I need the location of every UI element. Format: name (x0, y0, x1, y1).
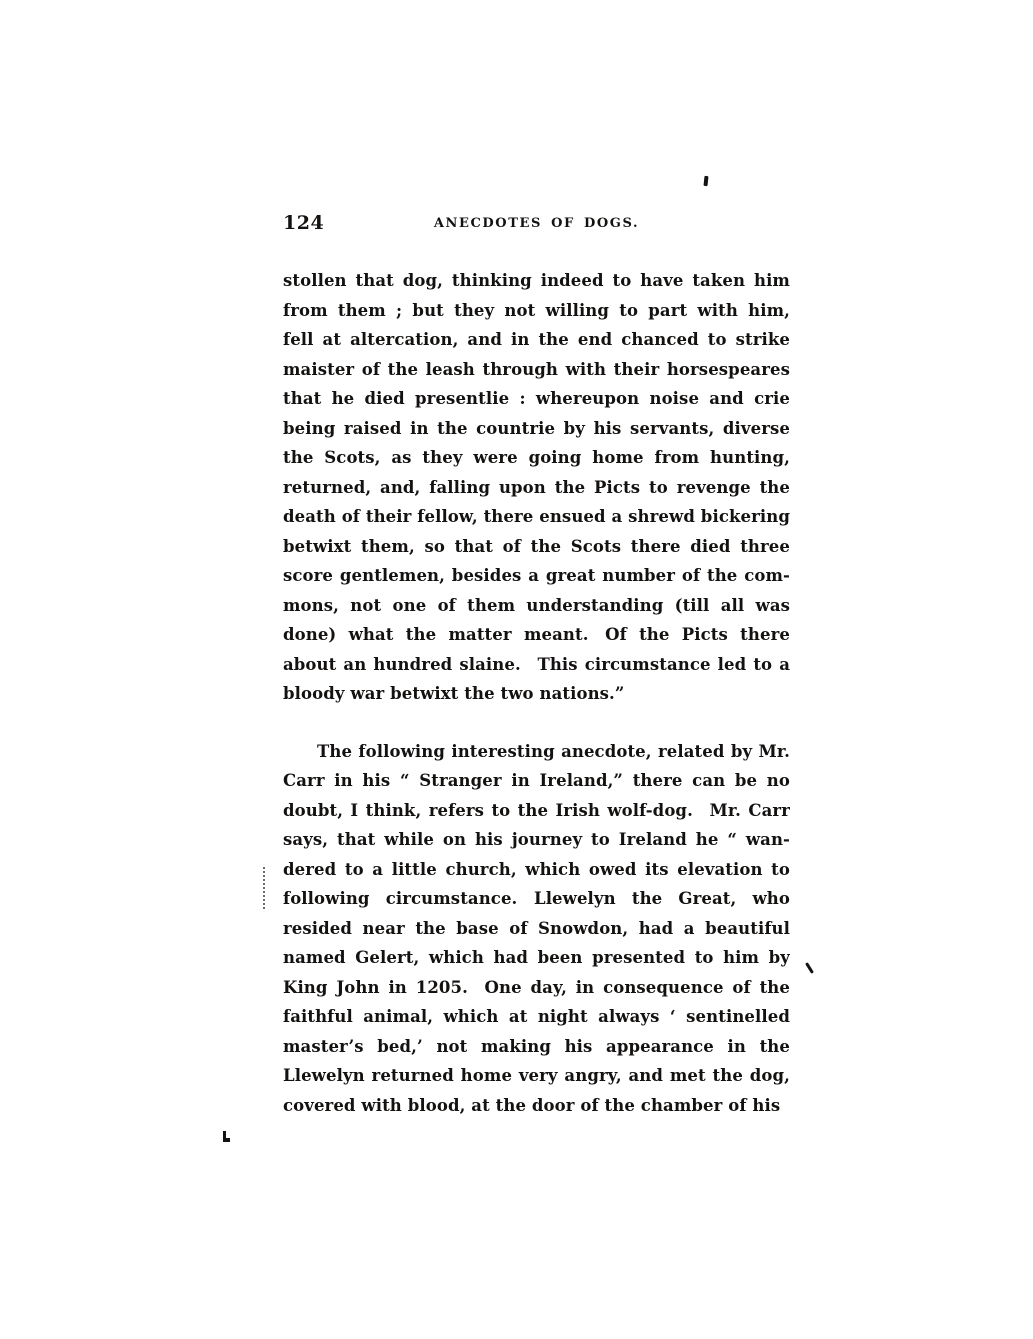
scan-speck-right-margin (805, 962, 814, 974)
text-line: the Scots, as they were going home from … (283, 443, 790, 473)
paragraph-1: stollen that dog, thinking indeed to hav… (283, 266, 790, 709)
text-block: stollen that dog, thinking indeed to hav… (283, 266, 790, 1120)
text-line: covered with blood, at the door of the c… (283, 1091, 790, 1121)
scan-speck-top-right (703, 176, 708, 186)
scan-speck-bottom-left (223, 1131, 230, 1142)
text-line: resided near the base of Snowdon, had a … (283, 914, 790, 944)
text-line: King John in 1205. One day, in consequen… (283, 973, 790, 1003)
paragraph-2: The following interesting anecdote, rela… (283, 737, 790, 1121)
text-line: stollen that dog, thinking indeed to hav… (283, 266, 790, 296)
text-line: Llewelyn returned home very angry, and m… (283, 1061, 790, 1091)
text-line: mons, not one of them understanding (til… (283, 591, 790, 621)
page-header: 124 ANECDOTES OF DOGS. (283, 212, 790, 236)
text-line: betwixt them, so that of the Scots there… (283, 532, 790, 562)
text-line: dered to a little church, which owed its… (283, 855, 790, 885)
text-line: being raised in the countrie by his serv… (283, 414, 790, 444)
text-line: maister of the leash through with their … (283, 355, 790, 385)
text-line: done) what the matter meant. Of the Pict… (283, 620, 790, 650)
text-line: death of their fellow, there ensued a sh… (283, 502, 790, 532)
text-line: fell at altercation, and in the end chan… (283, 325, 790, 355)
scan-dotted-mark-left-margin (263, 867, 265, 909)
text-line: named Gelert, which had been presented t… (283, 943, 790, 973)
text-line: doubt, I think, refers to the Irish wolf… (283, 796, 790, 826)
text-line: returned, and, falling upon the Picts to… (283, 473, 790, 503)
text-line: Carr in his “ Stranger in Ireland,” ther… (283, 766, 790, 796)
text-line: The following interesting anecdote, rela… (283, 737, 790, 767)
text-line: faithful animal, which at night always ‘… (283, 1002, 790, 1032)
running-header: ANECDOTES OF DOGS. (283, 216, 790, 231)
text-line: score gentlemen, besides a great number … (283, 561, 790, 591)
text-line: from them ; but they not willing to part… (283, 296, 790, 326)
text-line: says, that while on his journey to Irela… (283, 825, 790, 855)
book-page: 124 ANECDOTES OF DOGS. stollen that dog,… (0, 0, 1033, 1339)
text-line: that he died presentlie : whereupon nois… (283, 384, 790, 414)
text-line: master’s bed,’ not making his appearance… (283, 1032, 790, 1062)
text-line: bloody war betwixt the two nations.” (283, 679, 790, 709)
text-line: following circumstance. Llewelyn the Gre… (283, 884, 790, 914)
text-line: about an hundred slaine. This circumstan… (283, 650, 790, 680)
